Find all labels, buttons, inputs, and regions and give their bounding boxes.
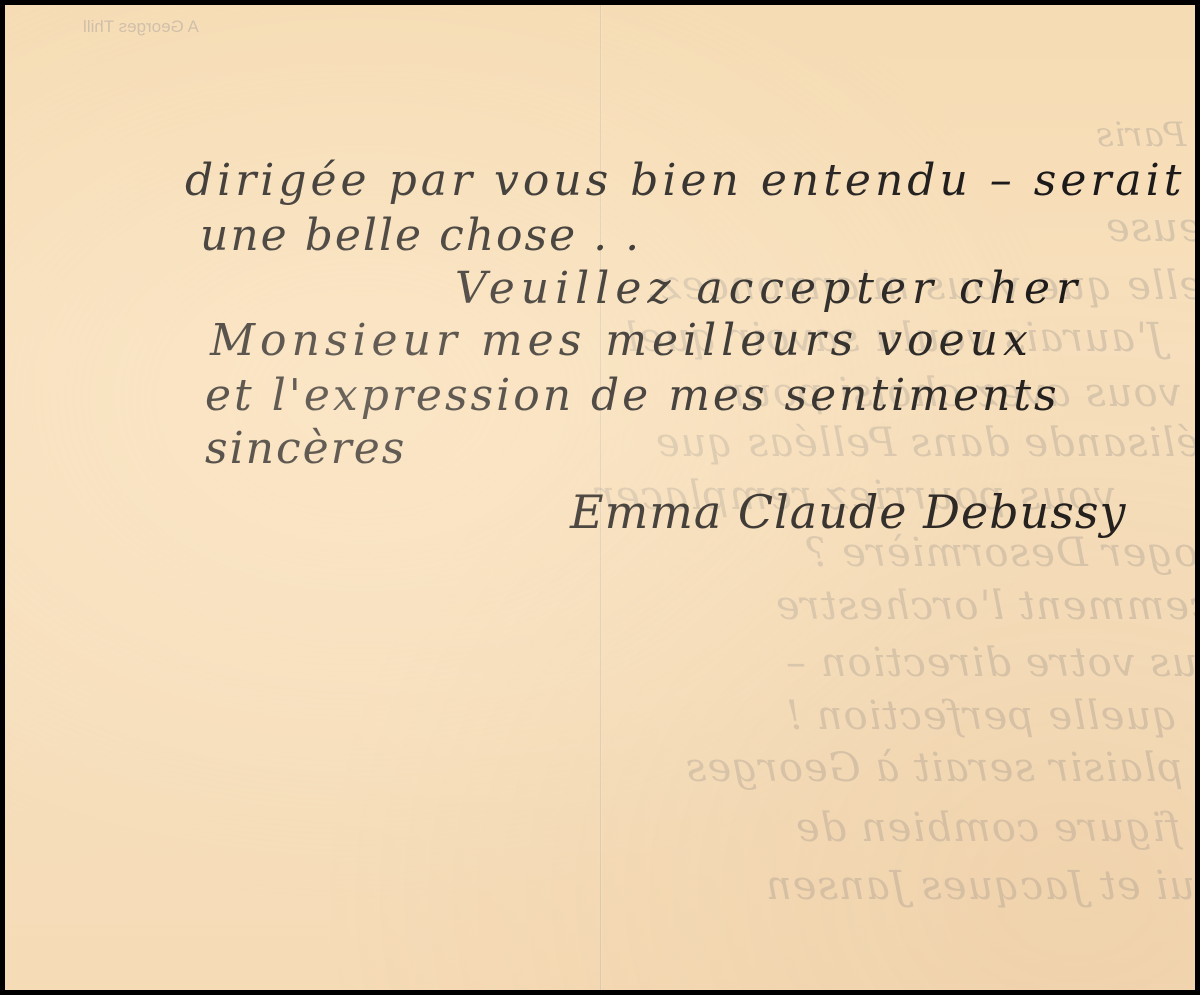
letter-line: dirigée par vous bien entendu – serait — [185, 155, 1185, 206]
letter-line: Veuillez accepter cher — [455, 263, 1083, 314]
letter-page: A Georges Thill Paris Merci infiniment d… — [5, 5, 1195, 990]
letter-line: et l'expression de mes sentiments — [205, 370, 1060, 421]
letter-line: sincères — [205, 423, 406, 474]
signature: Emma Claude Debussy — [570, 485, 1127, 539]
letter-line: Monsieur mes meilleurs voeux — [210, 315, 1033, 366]
letter-line: une belle chose . . — [200, 210, 641, 261]
